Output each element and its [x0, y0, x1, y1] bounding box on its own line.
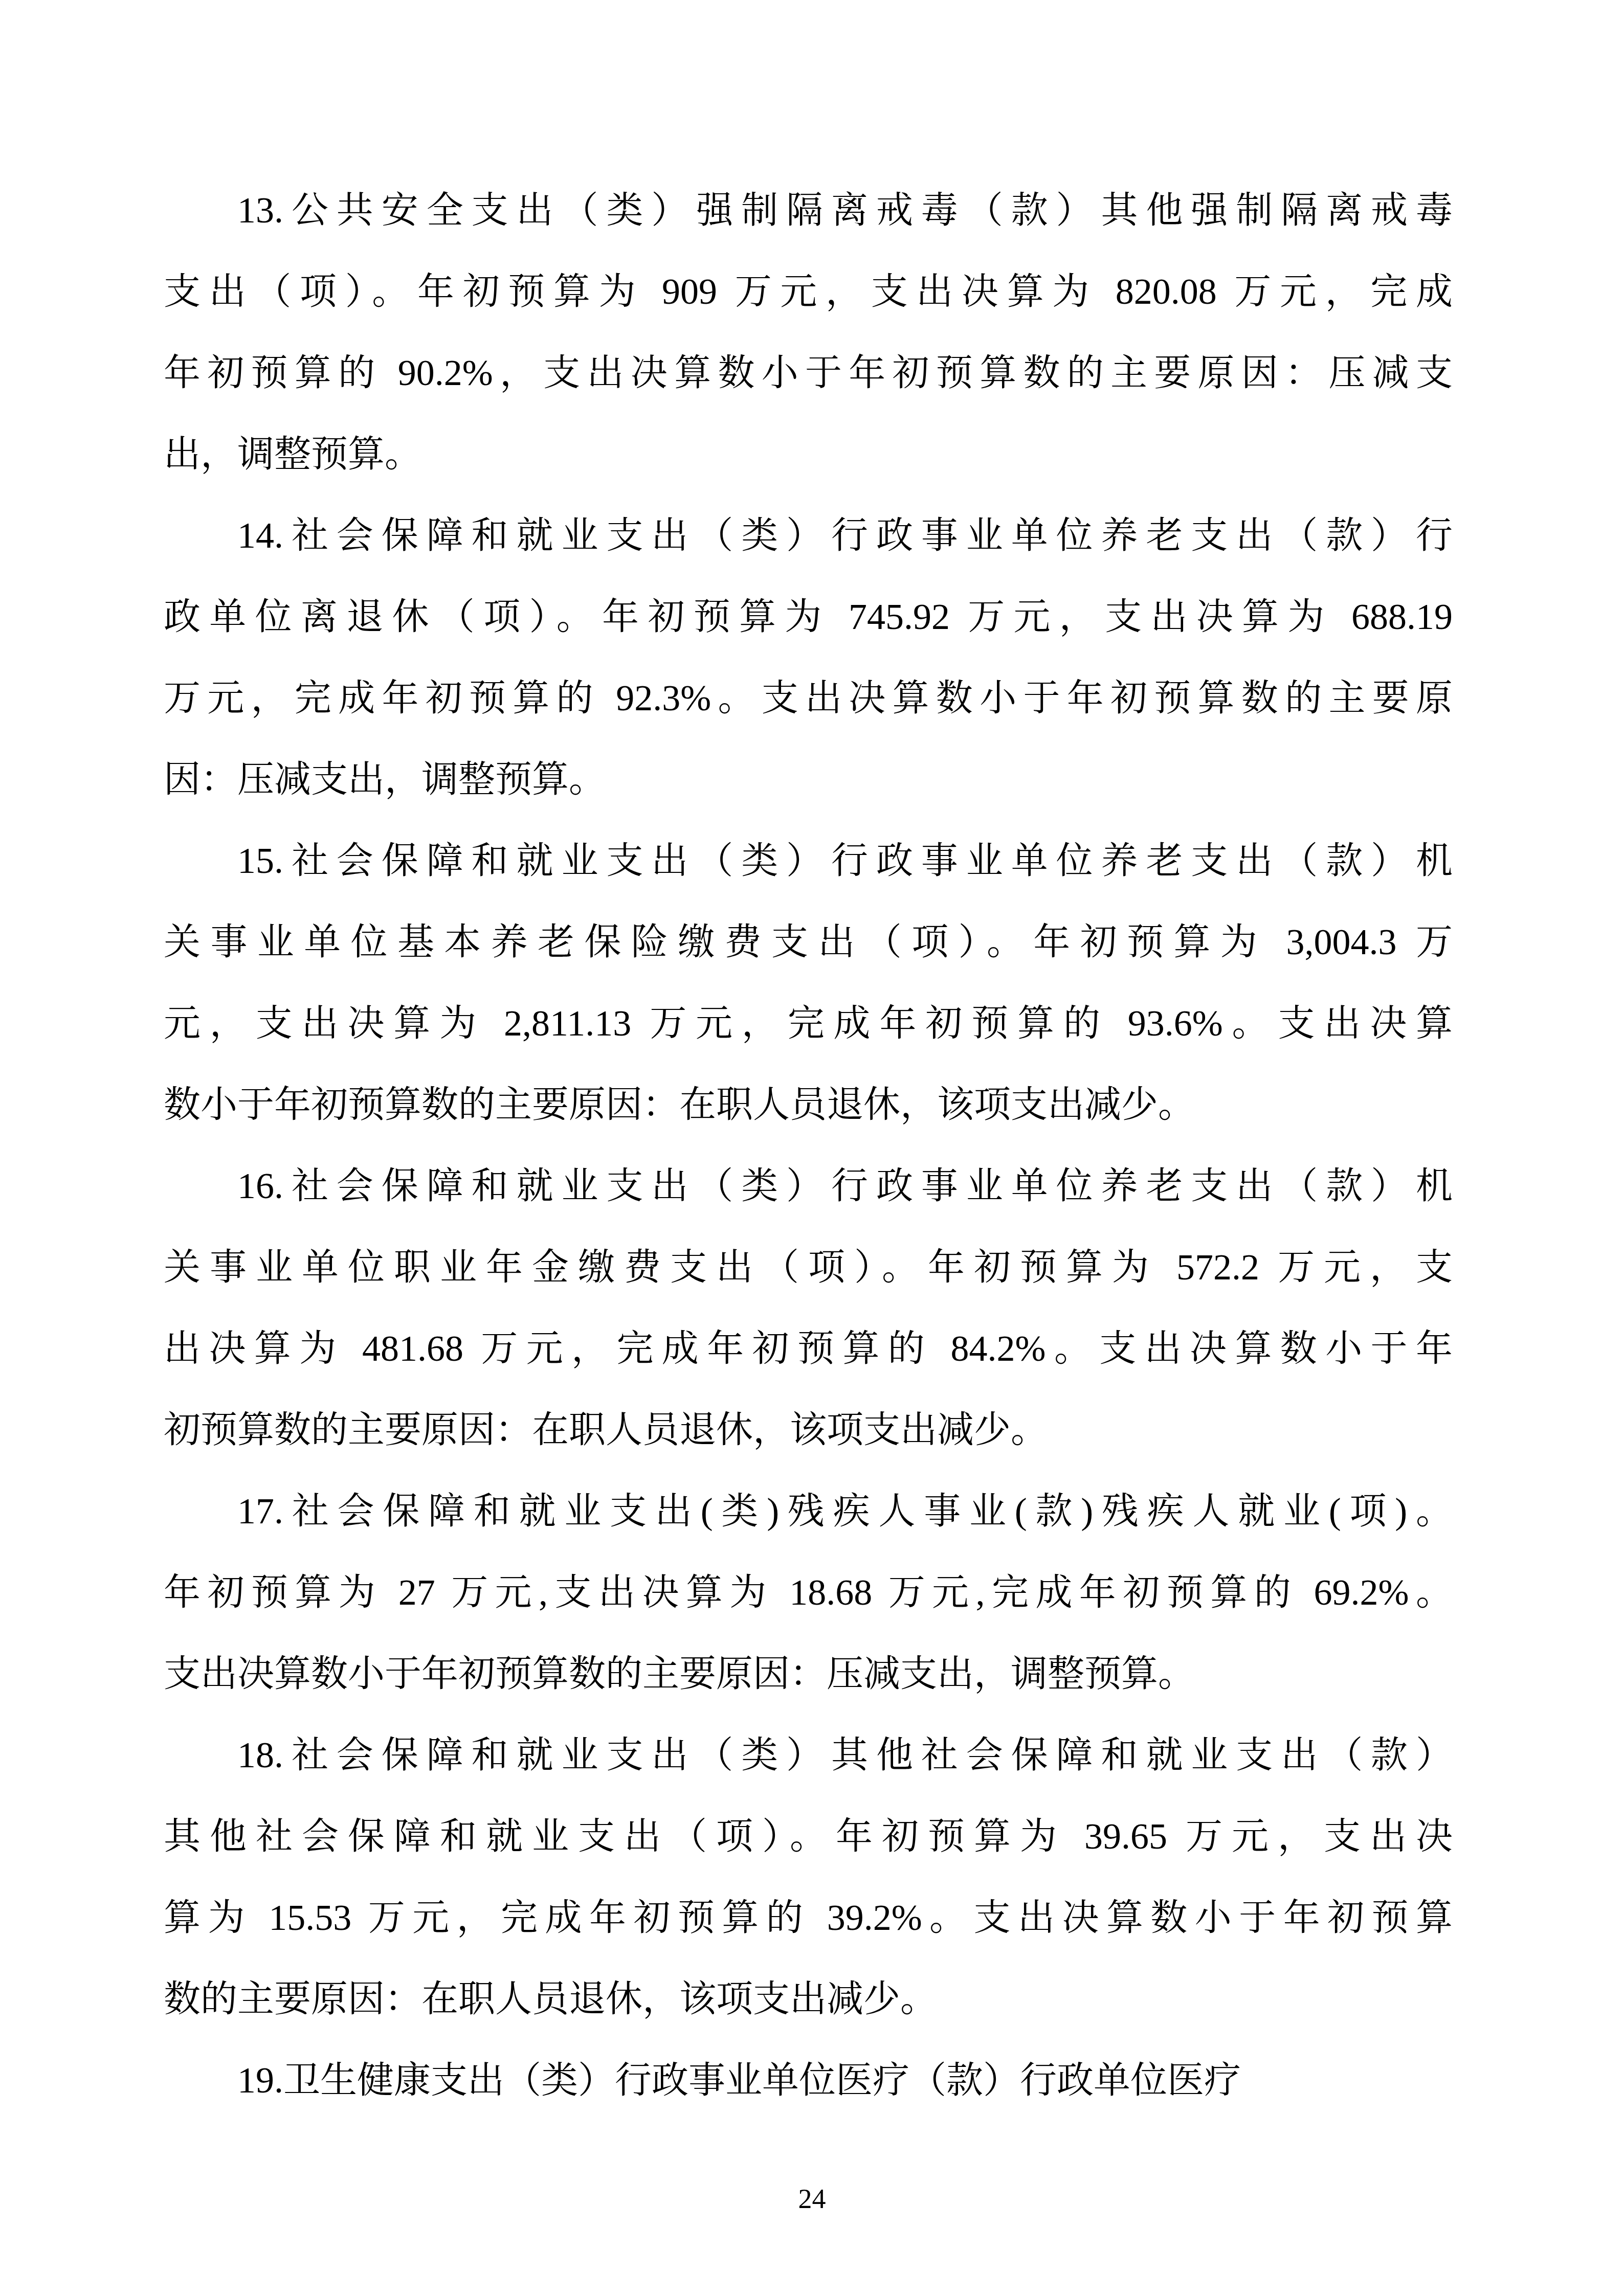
text-line: 出，调整预算。 — [164, 414, 1453, 495]
text-line: 数的主要原因：在职人员退休，该项支出减少。 — [164, 1959, 1453, 2040]
text-line: 16.社会保障和就业支出（类）行政事业单位养老支出（款）机 — [164, 1145, 1453, 1227]
text-line: 14.社会保障和就业支出（类）行政事业单位养老支出（款）行 — [164, 495, 1453, 576]
text-line: 19.卫生健康支出（类）行政事业单位医疗（款）行政单位医疗 — [164, 2040, 1453, 2121]
text-line: 政单位离退休（项）。年初预算为 745.92 万元，支出决算为 688.19 — [164, 576, 1453, 658]
text-line: 关事业单位职业年金缴费支出（项）。年初预算为 572.2 万元，支 — [164, 1227, 1453, 1308]
text-line: 万元，完成年初预算的 92.3%。支出决算数小于年初预算数的主要原 — [164, 658, 1453, 739]
text-line: 初预算数的主要原因：在职人员退休，该项支出减少。 — [164, 1389, 1453, 1471]
text-line: 年初预算的 90.2%，支出决算数小于年初预算数的主要原因：压减支 — [164, 332, 1453, 414]
text-line: 其他社会保障和就业支出（项）。年初预算为 39.65 万元，支出决 — [164, 1796, 1453, 1877]
page-number: 24 — [0, 2185, 1624, 2213]
text-line: 支出（项）。年初预算为 909 万元，支出决算为 820.08 万元，完成 — [164, 251, 1453, 332]
text-line: 因：压减支出，调整预算。 — [164, 739, 1453, 820]
text-line: 15.社会保障和就业支出（类）行政事业单位养老支出（款）机 — [164, 820, 1453, 902]
text-line: 算为 15.53 万元，完成年初预算的 39.2%。支出决算数小于年初预算 — [164, 1877, 1453, 1959]
text-line: 数小于年初预算数的主要原因：在职人员退休，该项支出减少。 — [164, 1064, 1453, 1145]
text-line: 支出决算数小于年初预算数的主要原因：压减支出，调整预算。 — [164, 1633, 1453, 1715]
text-line: 17.社会保障和就业支出(类)残疾人事业(款)残疾人就业(项)。 — [164, 1471, 1453, 1552]
text-line: 18.社会保障和就业支出（类）其他社会保障和就业支出（款） — [164, 1715, 1453, 1796]
text-line: 关事业单位基本养老保险缴费支出（项）。年初预算为 3,004.3 万 — [164, 902, 1453, 983]
document-body: 13.公共安全支出（类）强制隔离戒毒（款）其他强制隔离戒毒支出（项）。年初预算为… — [164, 170, 1453, 2121]
text-line: 出决算为 481.68 万元，完成年初预算的 84.2%。支出决算数小于年 — [164, 1308, 1453, 1389]
text-line: 13.公共安全支出（类）强制隔离戒毒（款）其他强制隔离戒毒 — [164, 170, 1453, 251]
text-line: 元，支出决算为 2,811.13 万元，完成年初预算的 93.6%。支出决算 — [164, 983, 1453, 1064]
text-line: 年初预算为 27 万元,支出决算为 18.68 万元,完成年初预算的 69.2%… — [164, 1552, 1453, 1633]
document-page: 13.公共安全支出（类）强制隔离戒毒（款）其他强制隔离戒毒支出（项）。年初预算为… — [0, 0, 1624, 2296]
